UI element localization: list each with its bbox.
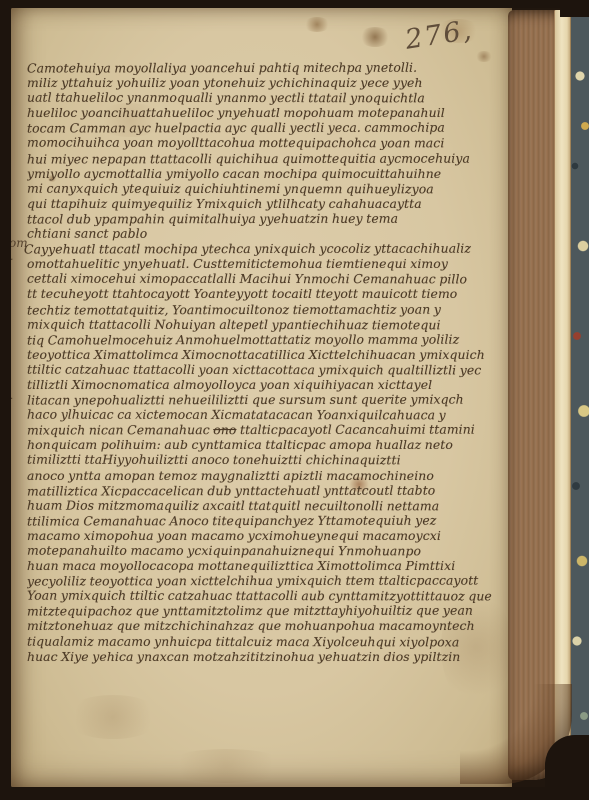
manuscript-line: techtiz temottatquitiz, Yoantimocuiltono…: [27, 301, 501, 317]
manuscript-photo: 276, Rom 7. lo. Camotehuiya moyollaliya …: [0, 0, 589, 800]
stain: [303, 17, 331, 32]
manuscript-line: mi canyxquich ytequiuiz quichiuhtinemi y…: [27, 180, 501, 196]
manuscript-line: ttacol dub ypampahin quimitalhuiya yyehu…: [27, 210, 501, 226]
manuscript-line: macamo ximopohua yoan macamo ycximohueyn…: [27, 528, 501, 543]
manuscript-line: ttilimica Cemanahuac Anoco titequipanchy…: [27, 512, 501, 528]
manuscript-line: tilliztli Ximocnomatica almoyolloyca yoa…: [27, 377, 501, 392]
manuscript-line: haco ylhuicac ca xictemocan Xicmatatacac…: [27, 407, 501, 423]
book-page-edges: [508, 10, 572, 780]
manuscript-line: momocihuihca yoan moyollttacohua mottequ…: [27, 135, 501, 151]
manuscript-line: ymiyollo aycmottallia ymiyollo cacan moc…: [27, 166, 501, 181]
manuscript-line: chtiani sanct pablo: [27, 226, 501, 242]
margin-note-chapter: 7.: [3, 250, 14, 263]
photo-border-bottom: [0, 787, 589, 800]
manuscript-line: tt tecuheyott ttahtocayott Yoanteyyott t…: [27, 286, 501, 301]
manuscript-line: miliz yttahuiz yohuiliz yoan ytonehuiz y…: [27, 75, 501, 90]
manuscript-line: mitztequipachoz que ynttamitztolimz que …: [27, 603, 501, 619]
margin-note-lo: lo.: [1, 391, 13, 402]
manuscript-line: matilliztica Xicpaccacelican dub ynttact…: [27, 482, 501, 498]
manuscript-line: tiq Camohuelmocehuiz Anmohuelmottattatiz…: [27, 331, 501, 347]
manuscript-line: mitztonehuaz que mitzchichinahzaz que mo…: [27, 618, 501, 633]
manuscript-line: tocam Camman ayc huelpactia ayc qualli y…: [27, 120, 501, 136]
manuscript-line: ttiltic catzahuac ttattacolli yoan xictt…: [27, 361, 501, 377]
fore-edge-strip: [554, 10, 571, 780]
marbled-endpaper: [571, 16, 589, 772]
manuscript-line: litacan ynepohualiztti nehueililiztti qu…: [27, 392, 501, 408]
manuscript-line: hui miyec nepapan ttattacolli quichihua …: [27, 150, 501, 166]
stain: [359, 27, 391, 47]
manuscript-line: honquicam polihuim: aub cynttamica ttalt…: [27, 437, 501, 452]
manuscript-line: mixquich ttattacolli Nohuiyan altepetl y…: [27, 316, 501, 332]
manuscript-line: huam Dios mitzmomaquiliz axcaitl ttatqui…: [27, 497, 501, 513]
stain: [63, 695, 163, 739]
manuscript-line: mixquich nican Cemanahuac ono ttalticpac…: [27, 422, 501, 438]
manuscript-line: huan maca moyollocacopa mottanequiliztti…: [27, 558, 501, 573]
manuscript-line: cettali ximocehui ximopaccatlalli Macihu…: [27, 271, 501, 287]
manuscript-line: anoco yntta amopan temoz maygnaliztti ap…: [27, 468, 501, 483]
manuscript-text-block: Camotehuiya moyollaliya yoancehui pahtiq…: [27, 60, 501, 664]
manuscript-line: tiqualamiz macamo ynhuicpa tittalcuiz ma…: [27, 633, 501, 649]
manuscript-line: yecyoliliz teoyottica yoan xicttelchihua…: [27, 573, 501, 589]
manuscript-line: omottahuelitic ynyehuatl. Custtemitictem…: [27, 256, 501, 271]
manuscript-line: hueliloc yoancihuattahueliloc ynyehuatl …: [27, 105, 501, 120]
manuscript-line: qui ttapihuiz quimyequiliz Ymixquich ytl…: [27, 196, 501, 211]
manuscript-line: Yoan ymixquich ttiltic catzahuac ttattac…: [27, 588, 501, 604]
manuscript-line: timiliztti ttaHiyyohuiliztti anoco toneh…: [27, 452, 501, 468]
manuscript-line: teoyottica Ximattolimca Ximocnottacatill…: [27, 347, 501, 362]
manuscript-line: huac Xiye yehica ynaxcan motzahzititzino…: [27, 649, 501, 664]
manuscript-line: motepanahuilto macamo ycxiquinpanahuizne…: [27, 543, 501, 559]
manuscript-line: Cayyehuatl ttacatl mochipa ytechca ynixq…: [24, 241, 501, 257]
manuscript-line: uatl ttahueliloc ynanmoqualli ynanmo yec…: [27, 90, 501, 106]
stain: [161, 749, 291, 783]
manuscript-line: Camotehuiya moyollaliya yoancehui pahtiq…: [27, 60, 501, 76]
